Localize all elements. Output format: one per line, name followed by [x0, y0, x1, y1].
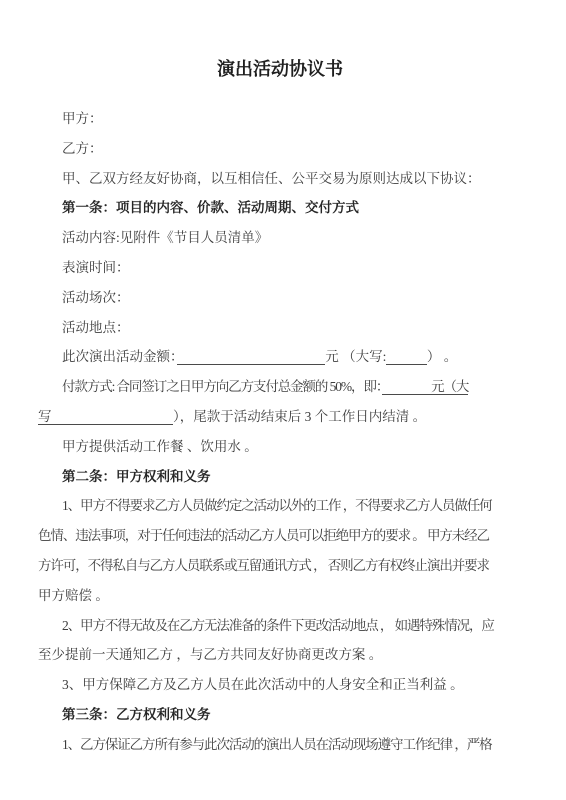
text-run: ），尾款于活动结束后 3 个工作日内结清 。	[173, 409, 426, 424]
blank-underline: 元（大	[431, 379, 468, 395]
text-run: 活动场次：	[62, 290, 130, 305]
doc-line: 1、甲方不得要求乙方人员做约定之活动以外的工作 ，不得要求乙方人员做任何	[38, 491, 522, 521]
text-run: 甲、乙双方经友好协商，以互相信任、公平交易为原则达成以下协议：	[62, 171, 481, 186]
text-run: 甲方赔偿 。	[38, 588, 109, 603]
doc-line: 甲方赔偿 。	[38, 581, 522, 611]
text-run: 甲方：	[62, 111, 103, 126]
text-run: 付款方式: 合同签订之日甲方向乙方支付总金额的 50%，即：	[62, 379, 382, 394]
text-run: 色情、违法事项，对于任何违法的活动乙方人员可以拒绝甲方的要求 。 甲方未经乙	[38, 528, 489, 543]
blank-underline	[177, 349, 326, 365]
doc-line: 活动场次：	[38, 283, 522, 313]
section-heading: 第三条：乙方权利和义务	[38, 700, 522, 730]
doc-line: 活动地点：	[38, 313, 522, 343]
text-run: 元 （大写:	[325, 349, 386, 364]
doc-line: 付款方式: 合同签订之日甲方向乙方支付总金额的 50%，即： 元（大	[38, 372, 522, 402]
doc-line: 1、乙方保证乙方所有参与此次活动的演出人员在活动现场遵守工作纪律 ，严格	[38, 730, 522, 760]
document-page: 演出活动协议书 甲方：乙方：甲、乙双方经友好协商，以互相信任、公平交易为原则达成…	[0, 0, 566, 800]
text-run: 活动内容:见附件《节目人员清单》	[62, 230, 268, 245]
doc-line: 色情、违法事项，对于任何违法的活动乙方人员可以拒绝甲方的要求 。 甲方未经乙	[38, 521, 522, 551]
text-run: 此次演出活动金额：	[62, 349, 177, 364]
blank-underline: 写	[38, 409, 173, 425]
text-run: 乙方：	[62, 141, 103, 156]
text-run: 甲方提供活动工作餐 、饮用水 。	[62, 439, 258, 454]
doc-line: 表演时间：	[38, 253, 522, 283]
text-run: 活动地点：	[62, 320, 130, 335]
doc-line: 至少提前一天通知乙方 ，与乙方共同友好协商更改方案 。	[38, 640, 522, 670]
document-body: 甲方：乙方：甲、乙双方经友好协商，以互相信任、公平交易为原则达成以下协议：第一条…	[38, 104, 522, 760]
text-run: 第三条：乙方权利和义务	[62, 707, 211, 722]
text-run: 2、甲方不得无故及在乙方无法准备的条件下更改活动地点 ， 如遇特殊情况，应	[62, 618, 494, 633]
doc-line: 甲方提供活动工作餐 、饮用水 。	[38, 432, 522, 462]
text-run: ） 。	[427, 349, 457, 364]
text-run: 1、甲方不得要求乙方人员做约定之活动以外的工作 ，不得要求乙方人员做任何	[62, 498, 492, 513]
text-run: 至少提前一天通知乙方 ，与乙方共同友好协商更改方案 。	[38, 647, 382, 662]
text-run: 第二条：甲方权利和义务	[62, 469, 211, 484]
doc-line: 2、甲方不得无故及在乙方无法准备的条件下更改活动地点 ， 如遇特殊情况，应	[38, 611, 522, 641]
section-heading: 第二条：甲方权利和义务	[38, 462, 522, 492]
doc-line: 活动内容:见附件《节目人员清单》	[38, 223, 522, 253]
blank-underline	[382, 379, 432, 395]
doc-line: 3、甲方保障乙方及乙方人员在此次活动中的人身安全和正当利益 。	[38, 670, 522, 700]
doc-line: 方许可，不得私自与乙方人员联系或互留通讯方式 ， 否则乙方有权终止演出并要求	[38, 551, 522, 581]
text-run: 1、乙方保证乙方所有参与此次活动的演出人员在活动现场遵守工作纪律 ，严格	[62, 737, 492, 752]
text-run: 第一条：项目的内容、价款、活动周期、交付方式	[62, 200, 359, 215]
blank-underline	[386, 349, 427, 365]
doc-line: 此次演出活动金额： 元 （大写: ） 。	[38, 342, 522, 372]
doc-line: 甲、乙双方经友好协商，以互相信任、公平交易为原则达成以下协议：	[38, 164, 522, 194]
document-title: 演出活动协议书	[38, 56, 522, 82]
text-run: 方许可，不得私自与乙方人员联系或互留通讯方式 ， 否则乙方有权终止演出并要求	[38, 558, 489, 573]
text-run: 3、甲方保障乙方及乙方人员在此次活动中的人身安全和正当利益 。	[62, 677, 464, 692]
text-run: 表演时间：	[62, 260, 130, 275]
doc-line: 写 ），尾款于活动结束后 3 个工作日内结清 。	[38, 402, 522, 432]
doc-line: 甲方：	[38, 104, 522, 134]
doc-line: 乙方：	[38, 134, 522, 164]
section-heading: 第一条：项目的内容、价款、活动周期、交付方式	[38, 193, 522, 223]
